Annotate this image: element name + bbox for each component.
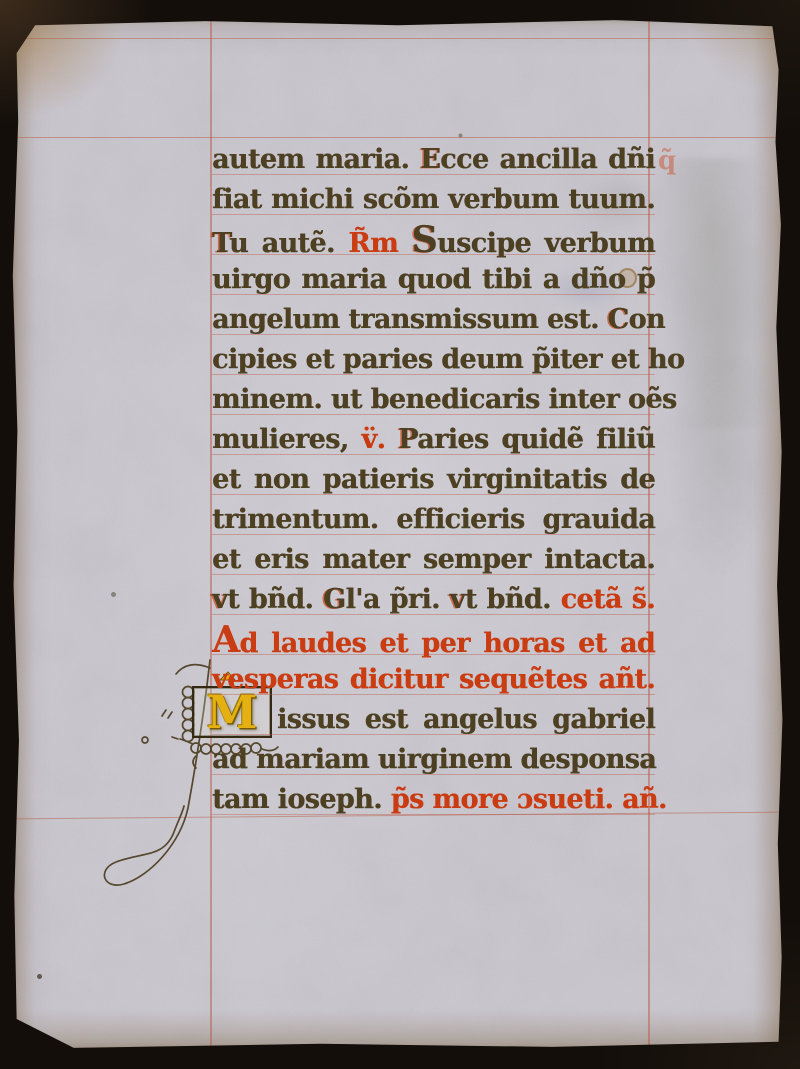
flourish-hook	[176, 665, 210, 674]
text-segment: tam ioseph.	[212, 784, 391, 815]
text-segment: A	[212, 619, 239, 661]
ruling-line-horizontal-top	[12, 38, 784, 39]
marginal-red-mark: q̃	[658, 146, 676, 176]
text-line: angelum transmissum est. Con	[212, 300, 655, 340]
ruling-line-horizontal-upper	[12, 137, 784, 138]
stain-specks	[12, 18, 15, 21]
text-segment: d laudes et per horas et ad	[239, 628, 655, 659]
text-line: cipies et paries deum p̃iter et ho	[212, 340, 655, 380]
text-segment: autem maria.	[212, 144, 420, 175]
text-line: fiat michi scõm verbum tuum.	[212, 180, 655, 220]
text-segment: t bñd.	[465, 584, 561, 615]
text-line: trimentum. efficieris grauida	[212, 500, 655, 540]
text-segment: v	[212, 584, 227, 615]
text-line: Ad laudes et per horas et ad	[212, 620, 655, 660]
text-segment: uirgo maria quod tibi a dño p̃	[212, 264, 655, 295]
text-line: et eris mater semper intacta.	[212, 540, 655, 580]
text-line: ad mariam uirginem desponsa	[212, 740, 655, 780]
text-line: uirgo maria quod tibi a dño p̃	[212, 260, 655, 300]
text-segment: E	[420, 144, 440, 175]
text-segment: aries quidẽ filiũ	[417, 424, 655, 455]
text-segment: ad mariam uirginem desponsa	[212, 744, 656, 775]
text-segment: trimentum. efficieris grauida	[212, 504, 655, 535]
text-line: vt bñd. Gl'a p̃ri. vt bñd. cetã s̃.	[212, 580, 655, 620]
text-segment: u autẽ.	[229, 228, 348, 259]
text-segment: fiat michi scõm verbum tuum.	[212, 184, 655, 215]
text-segment: minem. ut benedicaris inter oẽs	[212, 384, 676, 415]
text-segment: cce ancilla dñi	[440, 144, 655, 175]
text-segment: cetã s̃.	[561, 584, 655, 615]
text-segment: et non patieris virginitatis de	[212, 464, 655, 495]
text-segment: S	[412, 219, 437, 261]
text-segment: issus est angelus gabriel	[277, 704, 655, 735]
text-segment: cipies et paries deum p̃iter et ho	[212, 344, 684, 375]
text-line: minem. ut benedicaris inter oẽs	[212, 380, 655, 420]
text-block: autem maria. Ecce ancilla dñifiat michi …	[212, 140, 655, 820]
text-line: mulieres, v̈. Paries quidẽ filiũ	[212, 420, 655, 460]
text-segment: G	[323, 584, 345, 615]
text-segment: on	[628, 304, 664, 335]
text-line: et non patieris virginitatis de	[212, 460, 655, 500]
text-segment: vesperas dicitur sequẽtes añt.	[212, 664, 655, 695]
text-segment: C	[608, 304, 629, 335]
text-segment: t bñd.	[227, 584, 323, 615]
text-segment: T	[212, 228, 229, 259]
text-line: vesperas dicitur sequẽtes añt.	[212, 660, 655, 700]
text-line: tam ioseph. p̃s more ɔsueti. añ.	[212, 780, 655, 820]
text-line: Tu autẽ. R̃m Suscipe verbum	[212, 220, 655, 260]
text-segment: uscipe verbum	[437, 228, 655, 259]
text-segment: R̃m	[348, 228, 411, 259]
text-segment: l'a p̃ri.	[345, 584, 449, 615]
text-segment: p̃s more ɔsueti. añ.	[391, 784, 667, 815]
text-segment: v	[450, 584, 465, 615]
text-line: autem maria. Ecce ancilla dñi	[212, 140, 655, 180]
stain-foliate-offset-lower	[662, 358, 777, 598]
photo-stage: M autem maria. Ecce ancilla dñifiat mich…	[0, 0, 800, 1069]
text-segment: v̈.	[361, 424, 398, 455]
text-segment: P	[398, 424, 417, 455]
text-line: issus est angelus gabriel	[212, 700, 655, 740]
text-segment: et eris mater semper intacta.	[212, 544, 655, 575]
text-segment: angelum transmissum est.	[212, 304, 608, 335]
manuscript-leaf: M autem maria. Ecce ancilla dñifiat mich…	[12, 18, 784, 1050]
text-segment: mulieres,	[212, 424, 361, 455]
